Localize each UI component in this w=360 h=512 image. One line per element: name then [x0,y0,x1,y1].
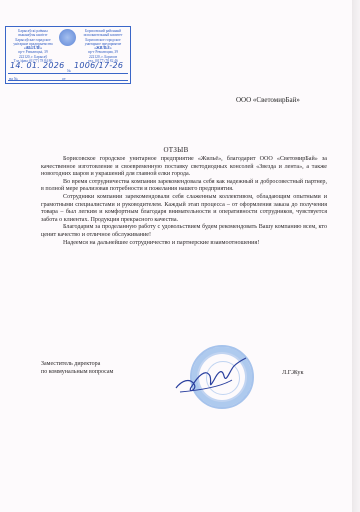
stamp-divider [8,80,128,81]
signer-name: Л.Г.Жук [282,369,304,376]
paragraph: Во время сотрудничества компания зареком… [41,179,327,194]
stamp-text: исполнительный комитет [78,33,128,37]
position-line: по коммунальным вопросам [41,369,113,377]
document-page: Барысаўскі раённы выканаўчы камітэт Бары… [0,0,353,512]
handwritten-date: 14. 01. 2026 [10,64,65,68]
paragraph: Благодарим за проделанную работу с удово… [41,224,327,239]
page-edge [352,0,360,512]
document-body: Борисовское городское унитарное предприя… [41,156,327,247]
paragraph: Борисовское городское унитарное предприя… [41,156,327,179]
position-line: Заместитель директора [41,361,113,369]
recipient: ООО «СветомирБай» [236,96,300,104]
coat-of-arms-icon [59,29,76,46]
handwritten-number: 1006/17-26 [74,64,123,68]
number-label: № [67,69,71,73]
registration-stamp: Барысаўскі раённы выканаўчы камітэт Бары… [5,26,131,84]
signer-position: Заместитель директора по коммунальным во… [41,361,113,376]
reference-from-label: от [62,77,66,81]
document-title: ОТЗЫВ [0,146,352,154]
stamp-belarusian-column: Барысаўскі раённы выканаўчы камітэт Бары… [8,29,58,63]
handwritten-signature [172,350,262,400]
paragraph: Надеемся на дальнейшее сотрудничество и … [41,240,327,248]
reference-label: на № [9,77,18,81]
stamp-russian-column: Борисовский районный исполнительный коми… [78,29,128,63]
paragraph: Сотрудники компании зарекомендовали себя… [41,194,327,224]
